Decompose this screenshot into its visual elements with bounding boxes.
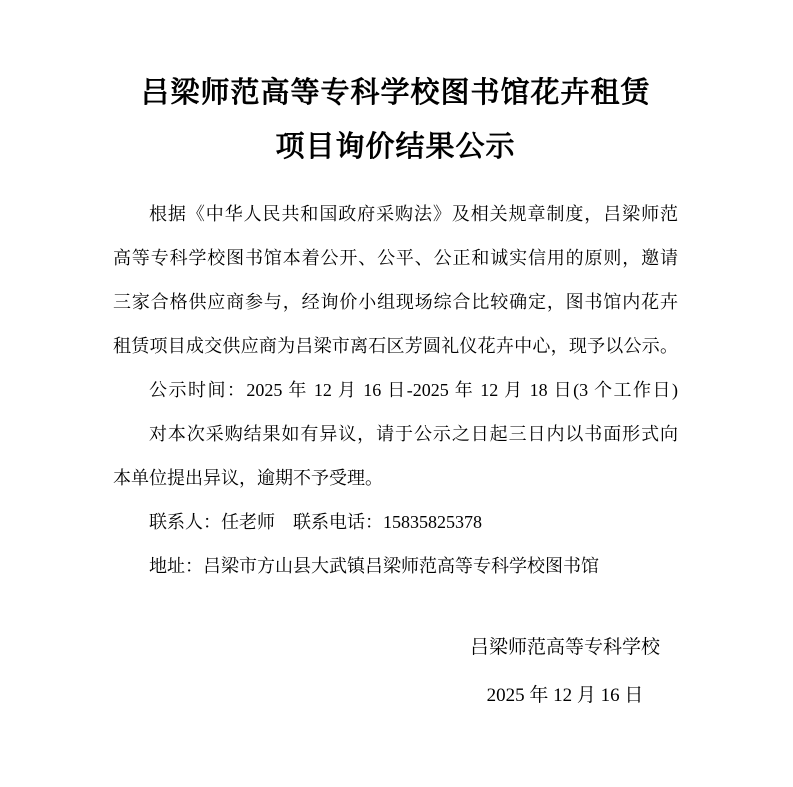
- document-body: 根据《中华人民共和国政府采购法》及相关规章制度，吕梁师范 高等专科学校图书馆本着…: [113, 192, 678, 588]
- document-title-line-1: 吕梁师范高等专科学校图书馆花卉租赁: [113, 66, 678, 120]
- objection-line-2: 本单位提出异议，逾期不予受理。: [113, 456, 678, 500]
- signature-date: 2025 年 12 月 16 日: [452, 672, 678, 720]
- contact-line: 联系人：任老师 联系电话：15835825378: [113, 500, 678, 544]
- document-title: 吕梁师范高等专科学校图书馆花卉租赁 项目询价结果公示: [113, 66, 678, 174]
- publicity-period-line: 公示时间：2025 年 12 月 16 日-2025 年 12 月 18 日(3…: [113, 368, 678, 412]
- notice-document-page: 吕梁师范高等专科学校图书馆花卉租赁 项目询价结果公示 根据《中华人民共和国政府采…: [0, 0, 793, 787]
- signature-organization: 吕梁师范高等专科学校: [452, 624, 678, 672]
- document-title-line-2: 项目询价结果公示: [113, 120, 678, 174]
- paragraph-basis-line-2: 高等专科学校图书馆本着公开、公平、公正和诚实信用的原则，邀请: [113, 236, 678, 280]
- paragraph-basis-line-1: 根据《中华人民共和国政府采购法》及相关规章制度，吕梁师范: [113, 192, 678, 236]
- paragraph-basis-line-3: 三家合格供应商参与，经询价小组现场综合比较确定，图书馆内花卉: [113, 280, 678, 324]
- address-line: 地址：吕梁市方山县大武镇吕梁师范高等专科学校图书馆: [113, 544, 678, 588]
- paragraph-basis-line-4: 租赁项目成交供应商为吕梁市离石区芳圆礼仪花卉中心，现予以公示。: [113, 324, 678, 368]
- objection-line-1: 对本次采购结果如有异议，请于公示之日起三日内以书面形式向: [113, 412, 678, 456]
- signature-block: 吕梁师范高等专科学校 2025 年 12 月 16 日: [452, 624, 678, 720]
